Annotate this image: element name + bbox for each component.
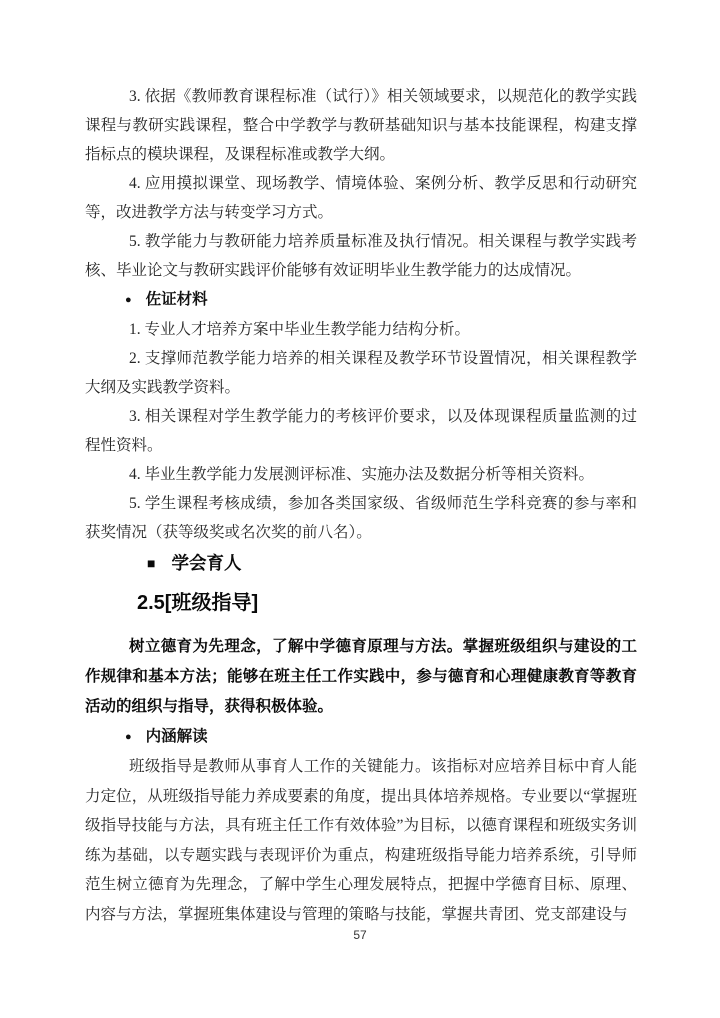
bullet-dot-icon: ●: [125, 723, 132, 752]
evidence-materials-title: 佐证材料: [146, 291, 208, 308]
section-2-5-heading: 2.5[班级指导]: [85, 590, 637, 616]
numbered-paragraph-5: 5. 教学能力与教研能力培养质量标准及执行情况。相关课程与教学实践考核、毕业论文…: [85, 227, 637, 285]
evidence-materials-heading: ●佐证材料: [85, 285, 637, 315]
interpretation-title: 内涵解读: [146, 728, 208, 745]
page-content: 3. 依据《教师教育课程标准（试行）》相关领域要求，以规范化的教学实践课程与教研…: [0, 0, 720, 929]
bullet-dot-icon: ●: [125, 286, 132, 315]
standard-statement: 树立德育为先理念，了解中学德育原理与方法。掌握班级组织与建设的工作规律和基本方法…: [85, 632, 637, 722]
learn-to-educate-marker: ■学会育人: [85, 547, 637, 580]
numbered-paragraph-3: 3. 依据《教师教育课程标准（试行）》相关领域要求，以规范化的教学实践课程与教研…: [85, 82, 637, 169]
learn-to-educate-title: 学会育人: [171, 553, 241, 573]
bullet-square-icon: ■: [147, 547, 155, 580]
evidence-item-5: 5. 学生课程考核成绩，参加各类国家级、省级师范生学科竞赛的参与率和获奖情况（获…: [85, 489, 637, 547]
evidence-item-1: 1. 专业人才培养方案中毕业生教学能力结构分析。: [85, 315, 637, 344]
interpretation-paragraph: 班级指导是教师从事育人工作的关键能力。该指标对应培养目标中育人能力定位，从班级指…: [85, 752, 637, 929]
interpretation-heading: ●内涵解读: [85, 722, 637, 752]
page-number: 57: [0, 928, 720, 942]
evidence-item-2: 2. 支撑师范教学能力培养的相关课程及教学环节设置情况，相关课程教学大纲及实践教…: [85, 344, 637, 402]
numbered-paragraph-4: 4. 应用摸拟课堂、现场教学、情境体验、案例分析、教学反思和行动研究等，改进教学…: [85, 169, 637, 227]
document-page: 3. 依据《教师教育课程标准（试行）》相关领域要求，以规范化的教学实践课程与教研…: [0, 0, 720, 1018]
evidence-item-4: 4. 毕业生教学能力发展测评标准、实施办法及数据分析等相关资料。: [85, 460, 637, 489]
evidence-item-3: 3. 相关课程对学生教学能力的考核评价要求，以及体现课程质量监测的过程性资料。: [85, 402, 637, 460]
